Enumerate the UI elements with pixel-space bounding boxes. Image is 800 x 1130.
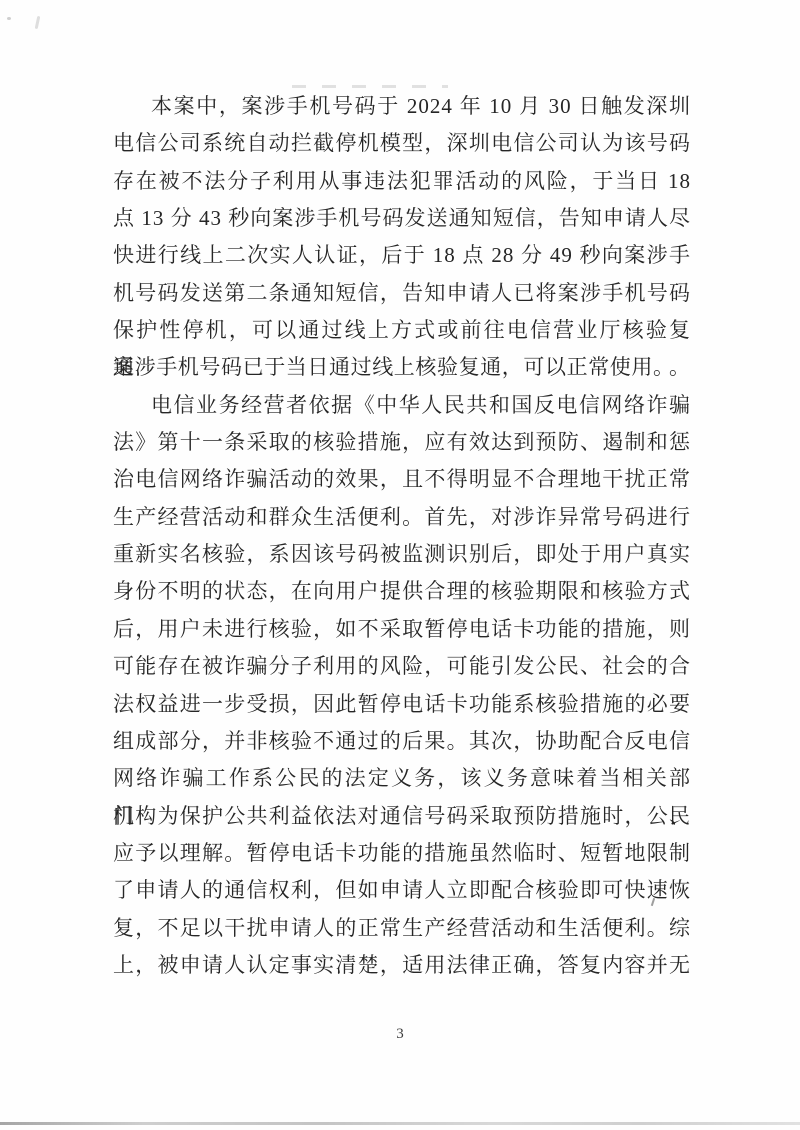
text-line: 电信公司系统自动拦截停机模型，深圳电信公司认为该号码 <box>113 125 691 162</box>
document-body: 本案中，案涉手机号码于 2024 年 10 月 30 日触发深圳电信公司系统自动… <box>113 88 691 984</box>
text-line: 快进行线上二次实人认证，后于 18 点 28 分 49 秒向案涉手 <box>113 237 691 274</box>
scan-smudge <box>292 85 448 88</box>
scan-edge-shadow <box>0 1122 800 1125</box>
scan-speck <box>35 16 41 29</box>
text-line: 法》第十一条采取的核验措施，应有效达到预防、遏制和惩 <box>113 424 691 461</box>
text-line: 治电信网络诈骗活动的效果，且不得明显不合理地干扰正常 <box>113 461 691 498</box>
scanned-page: 本案中，案涉手机号码于 2024 年 10 月 30 日触发深圳电信公司系统自动… <box>0 0 800 1130</box>
text-line: 重新实名核验，系因该号码被监测识别后，即处于用户真实 <box>113 536 691 573</box>
text-line: 应予以理解。暂停电话卡功能的措施虽然临时、短暂地限制 <box>113 835 691 872</box>
text-line: 可能存在被诈骗分子利用的风险，可能引发公民、社会的合 <box>113 648 691 685</box>
text-line: 了申请人的通信权利，但如申请人立即配合核验即可快速恢 <box>113 872 691 909</box>
text-line: 存在被不法分子利用从事违法犯罪活动的风险，于当日 18 <box>113 163 691 200</box>
text-line: 生产经营活动和群众生活便利。首先，对涉诈异常号码进行 <box>113 499 691 536</box>
text-line: 机号码发送第二条通知短信，告知申请人已将案涉手机号码 <box>113 275 691 312</box>
text-line: 法权益进一步受损，因此暂停电话卡功能系核验措施的必要 <box>113 686 691 723</box>
text-line: 组成部分，并非核验不通过的后果。其次，协助配合反电信 <box>113 723 691 760</box>
text-line: 身份不明的状态，在向用户提供合理的核验期限和核验方式 <box>113 573 691 610</box>
text-line: 复，不足以干扰申请人的正常生产经营活动和生活便利。综 <box>113 910 691 947</box>
text-line: 本案中，案涉手机号码于 2024 年 10 月 30 日触发深圳 <box>113 88 691 125</box>
text-line: 上，被申请人认定事实清楚，适用法律正确，答复内容并无 <box>113 947 691 984</box>
text-line: 案涉手机号码已于当日通过线上核验复通，可以正常使用。 <box>113 349 691 386</box>
text-line: 电信业务经营者依据《中华人民共和国反电信网络诈骗 <box>113 387 691 424</box>
text-line: 后，用户未进行核验，如不采取暂停电话卡功能的措施，则 <box>113 611 691 648</box>
text-line: 机构为保护公共利益依法对通信号码采取预防措施时，公民 <box>113 798 691 835</box>
text-line: 网络诈骗工作系公民的法定义务，该义务意味着当相关部门、 <box>113 760 691 797</box>
text-line: 点 13 分 43 秒向案涉手机号码发送通知短信，告知申请人尽 <box>113 200 691 237</box>
page-number: 3 <box>388 1026 412 1043</box>
text-line: 保护性停机，可以通过线上方式或前往电信营业厅核验复通。 <box>113 312 691 349</box>
scan-speck <box>7 17 11 20</box>
